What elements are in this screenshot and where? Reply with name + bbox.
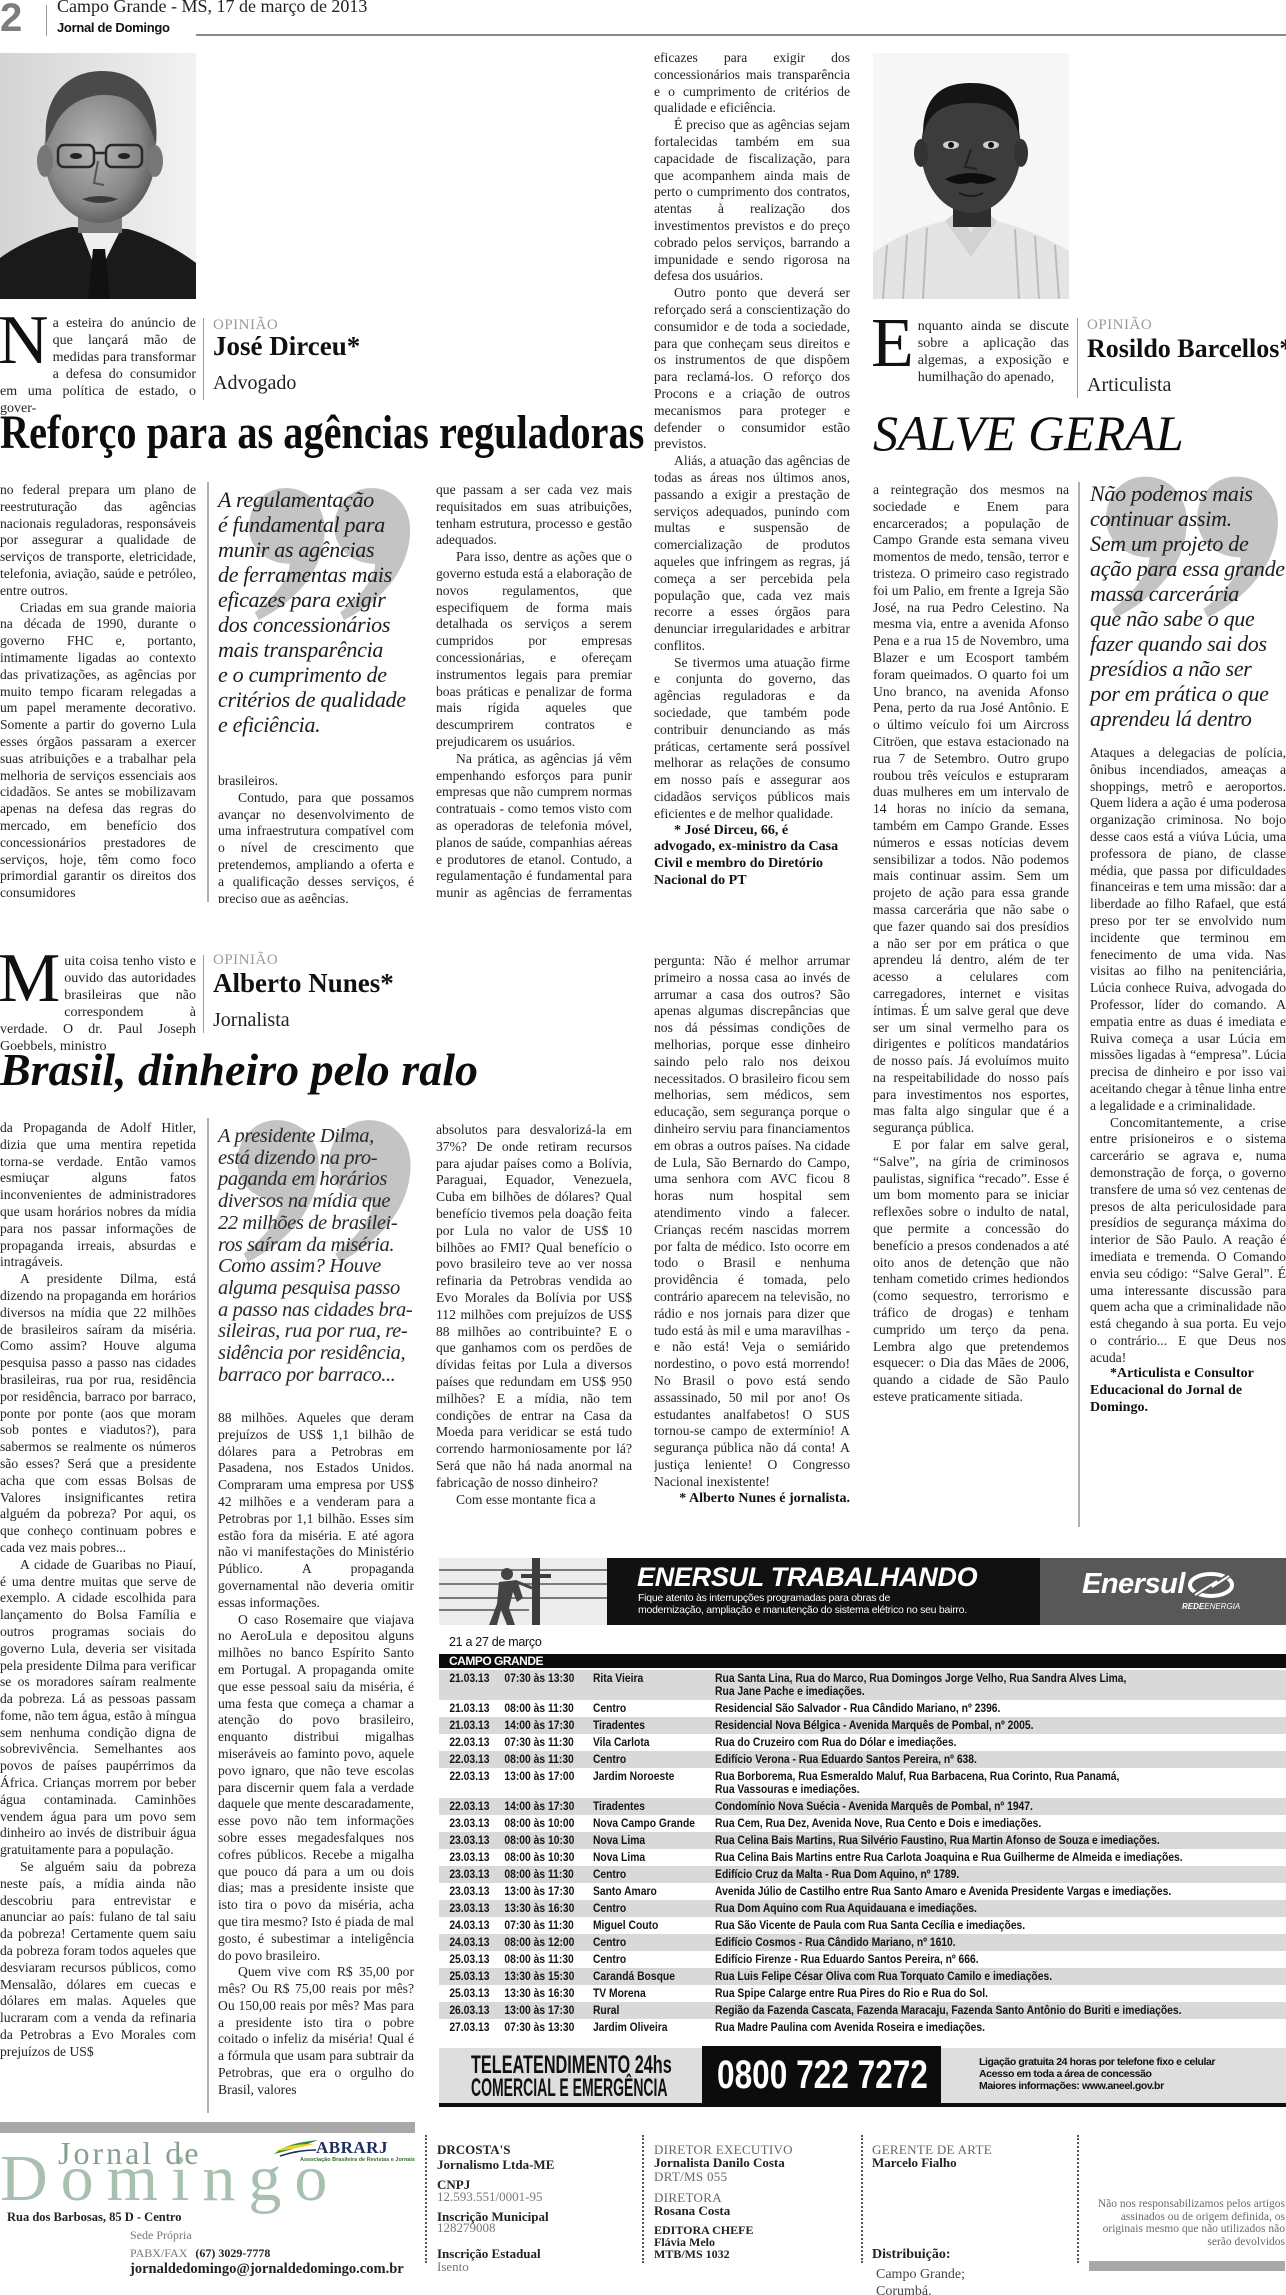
pull-quote-line: e o cumprimento de <box>218 662 418 687</box>
table-row: 22.03.13 08:00 às 11:30 Centro Edifício … <box>439 1751 1286 1768</box>
section-label: OPINIÃO <box>1087 318 1152 333</box>
table-row: 23.03.13 08:00 às 11:30 Centro Edifício … <box>439 1866 1286 1883</box>
row-district: Santo Amaro <box>593 1885 715 1898</box>
intro-text: nquanto ainda se discute sobre a aplicaç… <box>918 319 1069 385</box>
state-registration-value: Isento <box>437 2260 469 2273</box>
pull-quote-line: barraco por barraco... <box>218 1365 418 1387</box>
row-address: Rua Dom Aquino com Rua Aquidauana e imed… <box>715 1902 1248 1915</box>
lineman-icon <box>439 1558 607 1625</box>
paragraph: Com esse montante fica a <box>436 1492 632 1509</box>
company-name: DRCOSTA'S <box>437 2143 510 2156</box>
row-date: 23.03.13 <box>449 1817 504 1830</box>
row-date: 21.03.13 <box>449 1719 504 1732</box>
schedule-period: 21 a 27 de março <box>449 1634 541 1650</box>
pull-quote: A presidente Dilma,está dizendo na pro-p… <box>218 1126 418 1386</box>
row-address: Rua Spipe Calarge entre Rua Pires do Rio… <box>715 1987 1248 2000</box>
disclaimer: Não nos responsabilizamos pelos artigosa… <box>1085 2198 1285 2248</box>
pull-quote-line: A presidente Dilma, <box>218 1126 418 1148</box>
city-label: CAMPO GRANDE <box>449 1654 543 1668</box>
distribution-label: Distribuição: <box>872 2248 951 2261</box>
article-intro: E nquanto ainda se discute sobre a aplic… <box>873 318 1069 386</box>
pull-quote-line: e eficiência. <box>218 712 418 737</box>
paragraph: Contudo, para que possamos avançar no de… <box>218 790 414 903</box>
row-time: 13:00 às 17:30 <box>504 2004 593 2017</box>
paragraph: Para isso, dentre as ações que o governo… <box>436 549 632 751</box>
article-column: eficazes para exigir dos concessionários… <box>654 50 850 905</box>
row-time: 08:00 às 11:30 <box>504 1868 593 1881</box>
pull-quote-line: diversos na mídia que <box>218 1191 418 1213</box>
row-address: Condomínio Nova Suécia - Avenida Marquês… <box>715 1800 1248 1813</box>
ad-title: ENERSUL TRABALHANDO <box>637 1562 977 1592</box>
article-column: Ataques a delegacias de polícia, ônibus … <box>1090 745 1286 1527</box>
row-date: 24.03.13 <box>449 1936 504 1949</box>
row-address: Rua do Cruzeiro com Rua do Dólar e imedi… <box>715 1736 1248 1749</box>
brand-tagline-rest: ENERGIA <box>1204 1602 1240 1611</box>
paragraph: que passam a ser cada vez mais requisita… <box>436 482 632 549</box>
row-address: Edifício Verona - Rua Eduardo Santos Per… <box>715 1753 1248 1766</box>
brand-tagline-bold: REDE <box>1182 1602 1204 1611</box>
logo-jornal-de: Jornal de <box>58 2137 201 2169</box>
row-date: 26.03.13 <box>449 2004 504 2017</box>
row-district: Nova Lima <box>593 1834 715 1847</box>
portrait-icon <box>873 53 1069 299</box>
row-address: Edifício Cosmos - Rua Cândido Mariano, n… <box>715 1936 1248 1949</box>
row-time: 08:00 às 11:30 <box>504 1753 593 1766</box>
row-district: Carandá Bosque <box>593 1970 715 1983</box>
disclaimer-line: originais mesmo que não utilizados não <box>1085 2223 1285 2236</box>
byline-divider <box>1077 318 1078 398</box>
row-time: 07:30 às 11:30 <box>504 1736 593 1749</box>
pull-quote-line: aprendeu lá dentro <box>1090 706 1286 731</box>
byline-divider <box>203 955 204 1033</box>
brand-tagline: REDEENERGIA <box>1182 1602 1240 1611</box>
ad-bottom-rule <box>439 2103 1286 2107</box>
row-time: 13:00 às 17:00 <box>504 1770 593 1796</box>
row-address: Rua Celina Bais Martins entre Rua Carlot… <box>715 1851 1248 1864</box>
row-date: 22.03.13 <box>449 1753 504 1766</box>
author-footnote: * José Dirceu, 66, é advogado, ex-minist… <box>654 823 850 890</box>
pull-quote-line: sileiras, rua por rua, re- <box>218 1321 418 1343</box>
row-time: 07:30 às 13:30 <box>504 1672 593 1698</box>
paragraph: Criadas em sua grande maioria na década … <box>0 600 196 902</box>
pull-quote-line: está dizendo na pro- <box>218 1148 418 1170</box>
row-district: Centro <box>593 1902 715 1915</box>
article-intro: M uita coisa tenho visto e ouvido das au… <box>0 953 196 1055</box>
table-row: 22.03.13 13:00 às 17:00 Jardim Noroeste … <box>439 1768 1286 1798</box>
dateline: Campo Grande - MS, 17 de março de 2013 <box>57 0 367 15</box>
table-row: 23.03.13 13:00 às 17:30 Santo Amaro Aven… <box>439 1883 1286 1900</box>
table-row: 25.03.13 13:30 às 15:30 Carandá Bosque R… <box>439 1968 1286 1985</box>
footer-divider <box>861 2135 863 2263</box>
row-district: Nova Lima <box>593 1851 715 1864</box>
paragraph: Concomitantemente, a crise entre prision… <box>1090 1115 1286 1367</box>
distribution-city: Corumbá. <box>876 2283 965 2295</box>
municipal-registration-value: 128279008 <box>437 2221 496 2234</box>
pull-quote-line: Como assim? Houve <box>218 1256 418 1278</box>
row-district: Jardim Oliveira <box>593 2021 715 2034</box>
pull-quote-line: munir as agências <box>218 537 418 562</box>
pull-quote-line: é fundamental para <box>218 512 418 537</box>
column-rule <box>207 1118 209 2113</box>
partner-logo-subtitle: Associação Brasileira de Revistas e Jorn… <box>300 2157 415 2163</box>
column-rule <box>1078 482 1080 1527</box>
paragraph: absolutos para desvalorizá-la em 37%? De… <box>436 1122 632 1492</box>
pull-quote-line: por em prática o que <box>1090 681 1286 706</box>
table-row: 27.03.13 07:30 às 13:30 Jardim Oliveira … <box>439 2019 1286 2036</box>
row-time: 08:00 às 11:30 <box>504 1953 593 1966</box>
row-district: Tiradentes <box>593 1719 715 1732</box>
footer-bar-right <box>1089 2261 1285 2271</box>
pull-quote-line: sidência por residência, <box>218 1343 418 1365</box>
row-date: 23.03.13 <box>449 1868 504 1881</box>
directress-name: Rosana Costa <box>654 2204 730 2217</box>
article-column: que passam a ser cada vez mais requisita… <box>436 482 632 902</box>
row-address: Edifício Cruz da Malta - Rua Dom Aquino,… <box>715 1868 1248 1881</box>
row-date: 27.03.13 <box>449 2021 504 2034</box>
table-row: 22.03.13 14:00 às 17:30 Tiradentes Condo… <box>439 1798 1286 1815</box>
paragraph: Ataques a delegacias de polícia, ônibus … <box>1090 745 1286 1115</box>
headline: Reforço para as agências reguladoras <box>0 409 644 457</box>
pull-quote: Não podemos maiscontinuar assim.Sem um p… <box>1090 481 1286 731</box>
article-column: brasileiros.Contudo, para que possamos a… <box>218 773 414 903</box>
row-district: Centro <box>593 1702 715 1715</box>
footer-divider <box>1077 2135 1079 2263</box>
city-bar <box>439 1654 1286 1668</box>
headline: Brasil, dinheiro pelo ralo <box>0 1047 478 1093</box>
footer-divider <box>642 2135 644 2263</box>
paragraph: O caso Rosemaire que viajava no AeroLula… <box>218 1612 414 1965</box>
pull-quote-line: mais transparência <box>218 637 418 662</box>
pull-quote-line: ros saíram da miséria. <box>218 1235 418 1257</box>
row-time: 08:00 às 10:00 <box>504 1817 593 1830</box>
row-date: 23.03.13 <box>449 1902 504 1915</box>
pull-quote: A regulamentaçãoé fundamental paramunir … <box>218 487 418 737</box>
row-district: TV Morena <box>593 1987 715 2000</box>
pull-quote-line: continuar assim. <box>1090 506 1286 531</box>
row-district: Centro <box>593 1753 715 1766</box>
author-role: Articulista <box>1087 375 1171 395</box>
row-time: 13:00 às 17:30 <box>504 1885 593 1898</box>
disclaimer-line: Não nos responsabilizamos pelos artigos <box>1085 2198 1285 2211</box>
row-time: 14:00 às 17:30 <box>504 1800 593 1813</box>
drop-cap: E <box>871 318 914 370</box>
ad-subtitle-line: Fique atento às interrupções programadas… <box>638 1592 967 1604</box>
drop-cap: N <box>0 315 49 367</box>
row-address: Rua Luis Felipe César Oliva com Rua Torq… <box>715 1970 1248 1983</box>
disclaimer-line: serão devolvidos <box>1085 2236 1285 2249</box>
row-district: Rural <box>593 2004 715 2017</box>
row-address: Rua Cem, Rua Dez, Avenida Nove, Rua Cent… <box>715 1817 1248 1830</box>
row-date: 21.03.13 <box>449 1702 504 1715</box>
row-address: Edifício Firenze - Rua Eduardo Santos Pe… <box>715 1953 1248 1966</box>
pull-quote-line: de ferramentas mais <box>218 562 418 587</box>
company-name-2: Jornalismo Ltda-ME <box>437 2158 554 2171</box>
row-date: 23.03.13 <box>449 1834 504 1847</box>
row-district: Miguel Couto <box>593 1919 715 1932</box>
portrait-icon <box>0 53 196 299</box>
pull-quote-line: a passo nas cidades bra- <box>218 1300 418 1322</box>
footer-email: jornaldedomingo@jornaldedomingo.com.br <box>130 2261 404 2277</box>
distribution-city: Campo Grande; <box>876 2266 965 2283</box>
author-footnote: * Alberto Nunes é jornalista. <box>654 1491 850 1508</box>
row-date: 22.03.13 <box>449 1770 504 1796</box>
hotline-phone: 0800 722 7272 <box>717 2053 928 2097</box>
row-address: Rua Madre Paulina com Avenida Roseira e … <box>715 2021 1248 2034</box>
row-district: Vila Carlota <box>593 1736 715 1749</box>
paragraph: 88 milhões. Aqueles que deram prejuízos … <box>218 1410 414 1612</box>
row-date: 23.03.13 <box>449 1885 504 1898</box>
row-district: Centro <box>593 1868 715 1881</box>
paragraph: Se tivermos uma atuação firme e conjunta… <box>654 655 850 823</box>
paragraph: Aliás, a atuação das agências de todas a… <box>654 453 850 655</box>
row-address: Rua Borborema, Rua Esmeraldo Maluf, Rua … <box>715 1770 1248 1796</box>
paragraph: eficazes para exigir dos concessionários… <box>654 50 850 117</box>
distribution-list: Campo Grande;Corumbá. <box>876 2266 965 2295</box>
table-row: 24.03.13 08:00 às 12:00 Centro Edifício … <box>439 1934 1286 1951</box>
paragraph: brasileiros. <box>218 773 414 790</box>
row-address: Rua Santa Lina, Rua do Marco, Rua Doming… <box>715 1672 1248 1698</box>
table-row: 21.03.13 07:30 às 13:30 Rita Vieira Rua … <box>439 1670 1286 1700</box>
paragraph: A cidade de Guaribas no Piauí, é uma den… <box>0 1557 196 1859</box>
paragraph: pergunta: Não é melhor arrumar primeiro … <box>654 953 850 1491</box>
art-manager-name: Marcelo Fialho <box>872 2156 957 2169</box>
pull-quote-line: fazer quando sai dos <box>1090 631 1286 656</box>
row-date: 25.03.13 <box>449 1970 504 1983</box>
author-name: Rosildo Barcellos* <box>1087 335 1286 362</box>
row-district: Centro <box>593 1953 715 1966</box>
hotline-info-line: Ligação gratuita 24 horas por telefone f… <box>979 2056 1215 2068</box>
pull-quote-line: 22 milhões de brasilei- <box>218 1213 418 1235</box>
row-time: 08:00 às 12:00 <box>504 1936 593 1949</box>
row-time: 08:00 às 10:30 <box>504 1851 593 1864</box>
row-district: Tiradentes <box>593 1800 715 1813</box>
header-divider <box>46 5 47 36</box>
table-row: 22.03.13 07:30 às 11:30 Vila Carlota Rua… <box>439 1734 1286 1751</box>
enersul-swoosh-icon <box>1187 1570 1235 1600</box>
row-time: 08:00 às 11:30 <box>504 1702 593 1715</box>
director-registration: DRT/MS 055 <box>654 2170 727 2183</box>
paragraph: no federal prepara um plano de reestrutu… <box>0 482 196 600</box>
row-address: Rua Celina Bais Martins, Rua Silvério Fa… <box>715 1834 1248 1847</box>
article-column: no federal prepara um plano de reestrutu… <box>0 482 196 902</box>
paragraph: Se alguém saiu da pobreza neste país, a … <box>0 1859 196 2061</box>
ad-subtitle: Fique atento às interrupções programadas… <box>638 1592 967 1616</box>
row-address: Região da Fazenda Cascata, Fazenda Marac… <box>715 2004 1248 2017</box>
pull-quote-line: dos concessionários <box>218 612 418 637</box>
row-district: Centro <box>593 1936 715 1949</box>
pull-quote-line: paganda em horários <box>218 1169 418 1191</box>
row-date: 24.03.13 <box>449 1919 504 1932</box>
paragraph: E por falar em salve geral, “Salve”, na … <box>873 1137 1069 1406</box>
author-name: Alberto Nunes* <box>213 970 394 997</box>
article-column: pergunta: Não é melhor arrumar primeiro … <box>654 953 850 1528</box>
article-column: da Propaganda de Adolf Hitler, dizia que… <box>0 1120 196 2120</box>
author-photo-barcellos <box>873 53 1069 299</box>
footer-address-note: Sede Própria <box>130 2228 192 2242</box>
row-date: 25.03.13 <box>449 1987 504 2000</box>
row-district: Rita Vieira <box>593 1672 715 1698</box>
row-time: 07:30 às 13:30 <box>504 2021 593 2034</box>
pull-quote-line: eficazes para exigir <box>218 587 418 612</box>
pull-quote-line: presídios a não ser <box>1090 656 1286 681</box>
ad-subtitle-line: modernização, ampliação e manutenção do … <box>638 1604 967 1616</box>
pull-quote-line: Não podemos mais <box>1090 481 1286 506</box>
table-row: 25.03.13 08:00 às 11:30 Centro Edifício … <box>439 1951 1286 1968</box>
row-date: 21.03.13 <box>449 1672 504 1698</box>
paragraph: Na prática, as agências já vêm empenhand… <box>436 751 632 902</box>
disclaimer-line: assinados ou de origem definida, os <box>1085 2211 1285 2224</box>
paragraph: A presidente Dilma, está dizendo na prop… <box>0 1271 196 1557</box>
paragraph: a reintegração dos mesmos na sociedade e… <box>873 482 1069 1137</box>
article-column: absolutos para desvalorizá-la em 37%? De… <box>436 1122 632 1527</box>
author-role: Advogado <box>213 373 296 393</box>
paragraph: Quem vive com R$ 35,00 por mês? Ou R$ 75… <box>218 1964 414 2098</box>
lineman-illustration <box>439 1558 607 1625</box>
hotline-info-line: Maiores informações: www.aneel.gov.br <box>979 2080 1215 2092</box>
footer-phone-number: (67) 3029-7778 <box>195 2246 270 2260</box>
row-time: 14:00 às 17:30 <box>504 1719 593 1732</box>
editor-registration: MTB/MS 1032 <box>654 2248 730 2261</box>
row-date: 22.03.13 <box>449 1800 504 1813</box>
table-row: 26.03.13 13:00 às 17:30 Rural Região da … <box>439 2002 1286 2019</box>
article-column: a reintegração dos mesmos na sociedade e… <box>873 482 1069 1527</box>
byline-divider <box>203 318 204 400</box>
column-rule <box>207 482 209 902</box>
footer-address: Rua dos Barbosas, 85 D - Centro <box>7 2210 181 2224</box>
table-row: 23.03.13 08:00 às 10:30 Nova Lima Rua Ce… <box>439 1832 1286 1849</box>
table-row: 21.03.13 14:00 às 17:30 Tiradentes Resid… <box>439 1717 1286 1734</box>
pull-quote-line: alguma pesquisa passo <box>218 1278 418 1300</box>
pull-quote-line: Sem um projeto de <box>1090 531 1286 556</box>
row-time: 13:30 às 16:30 <box>504 1987 593 2000</box>
footer-divider <box>425 2135 427 2263</box>
row-district: Nova Campo Grande <box>593 1817 715 1830</box>
pull-quote-line: A regulamentação <box>218 487 418 512</box>
footer-bar <box>0 2122 415 2133</box>
brand-logo-text: Enersul <box>1082 1568 1185 1600</box>
pull-quote-line: massa carcerária <box>1090 581 1286 606</box>
row-date: 23.03.13 <box>449 1851 504 1864</box>
enersul-advertisement: ENERSUL TRABALHANDO Fique atento às inte… <box>439 1556 1286 2108</box>
row-date: 25.03.13 <box>449 1953 504 1966</box>
row-time: 13:30 às 16:30 <box>504 1902 593 1915</box>
outage-table: 21.03.13 07:30 às 13:30 Rita Vieira Rua … <box>439 1670 1286 2036</box>
table-row: 25.03.13 13:30 às 16:30 TV Morena Rua Sp… <box>439 1985 1286 2002</box>
hotline-info-line: Acesso em toda a área de concessão <box>979 2068 1215 2080</box>
row-address: Residencial São Salvador - Rua Cândido M… <box>715 1702 1248 1715</box>
paragraph: É preciso que as agências sejam fortalec… <box>654 117 850 285</box>
director-name: Jornalista Danilo Costa <box>654 2156 785 2169</box>
row-address: Rua São Vicente de Paula com Rua Santa C… <box>715 1919 1248 1932</box>
cnpj-value: 12.593.551/0001-95 <box>437 2190 542 2203</box>
hotline-subtitle: COMERCIAL E EMERGÊNCIA <box>471 2076 668 2101</box>
drop-cap: M <box>0 953 60 1005</box>
row-district: Jardim Noroeste <box>593 1770 715 1796</box>
pull-quote-line: ação para essa grande <box>1090 556 1286 581</box>
row-date: 22.03.13 <box>449 1736 504 1749</box>
table-row: 24.03.13 07:30 às 11:30 Miguel Couto Rua… <box>439 1917 1286 1934</box>
table-row: 23.03.13 13:30 às 16:30 Centro Rua Dom A… <box>439 1900 1286 1917</box>
footer-phone-label: PABX/FAX <box>130 2246 187 2260</box>
row-time: 08:00 às 10:30 <box>504 1834 593 1847</box>
hotline-info: Ligação gratuita 24 horas por telefone f… <box>979 2056 1215 2092</box>
author-footnote: *Articulista e Consultor Educacional do … <box>1090 1366 1286 1416</box>
article-intro: N a esteira do anúncio de que lançará mã… <box>0 315 196 417</box>
paper-name: Jornal de Domingo <box>57 21 170 35</box>
row-address: Residencial Nova Bélgica - Avenida Marqu… <box>715 1719 1248 1732</box>
abrarj-swoosh-icon <box>272 2138 320 2158</box>
page-number: 2 <box>0 0 22 38</box>
row-time: 13:30 às 15:30 <box>504 1970 593 1983</box>
table-row: 23.03.13 08:00 às 10:30 Nova Lima Rua Ce… <box>439 1849 1286 1866</box>
section-label: OPINIÃO <box>213 953 278 968</box>
row-address: Avenida Júlio de Castilho entre Rua Sant… <box>715 1885 1248 1898</box>
partner-logo: ABRARJ <box>316 2139 388 2156</box>
headline: SALVE GERAL <box>873 408 1184 458</box>
paragraph: Outro ponto que deverá ser reforçado ser… <box>654 285 850 453</box>
pull-quote-line: critérios de qualidade <box>218 687 418 712</box>
paragraph: da Propaganda de Adolf Hitler, dizia que… <box>0 1120 196 1271</box>
author-role: Jornalista <box>213 1010 290 1030</box>
footer-phone: PABX/FAX(67) 3029-7778 <box>130 2246 270 2260</box>
author-name: José Dirceu* <box>213 333 360 360</box>
article-column: 88 milhões. Aqueles que deram prejuízos … <box>218 1410 414 2120</box>
table-row: 23.03.13 08:00 às 10:00 Nova Campo Grand… <box>439 1815 1286 1832</box>
row-time: 07:30 às 11:30 <box>504 1919 593 1932</box>
table-row: 21.03.13 08:00 às 11:30 Centro Residenci… <box>439 1700 1286 1717</box>
author-photo-dirceu <box>0 53 196 299</box>
pull-quote-line: que não sabe o que <box>1090 606 1286 631</box>
header-rule <box>196 34 1286 36</box>
